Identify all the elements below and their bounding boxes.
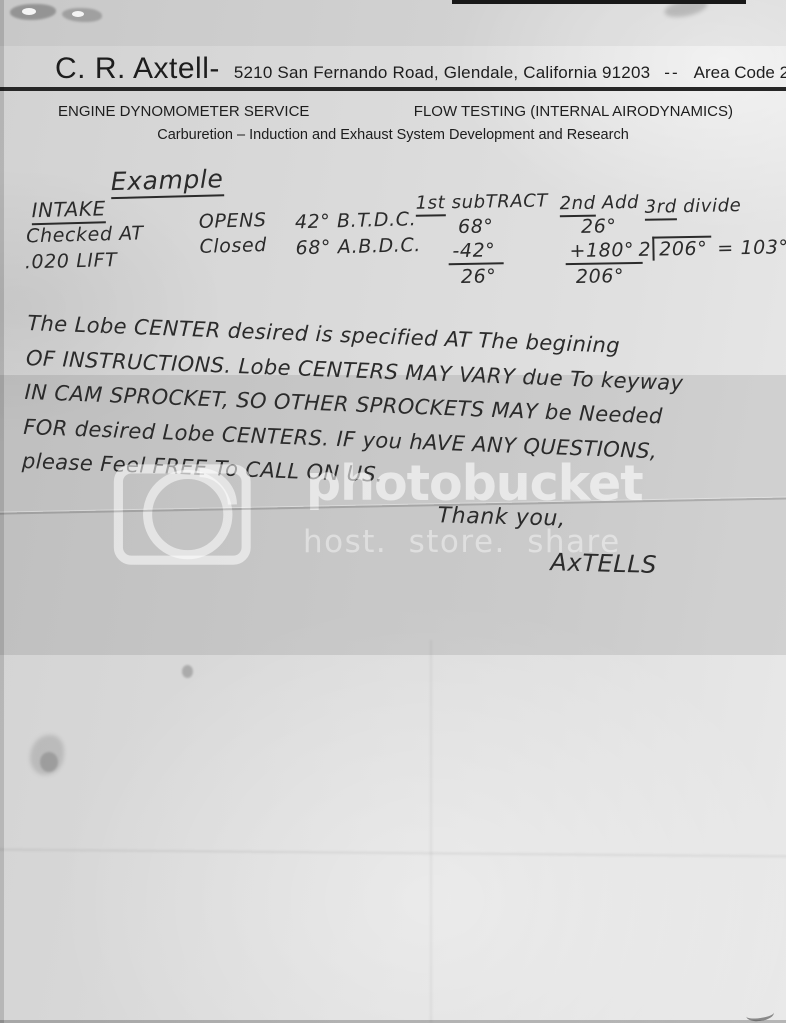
step3-op: divide <box>683 195 742 217</box>
handwritten-paragraph: The Lobe CENTER desired is specified AT … <box>21 306 685 504</box>
step1-row2: -42° <box>448 239 503 265</box>
corner-curl-mark <box>745 1006 775 1023</box>
ink-stain <box>40 752 58 772</box>
step1-row1: 68° <box>458 215 494 238</box>
handwritten-math-block: 1st subTRACT 68° -42° 26° 2nd Add 26° +1… <box>0 0 786 300</box>
thank-you-text: Thank you, <box>437 503 566 531</box>
fold-crease <box>0 848 786 857</box>
step3-number: 3rd <box>645 196 678 221</box>
ink-stain <box>30 735 64 775</box>
ink-stain <box>182 665 193 678</box>
step2-op: Add <box>602 192 639 214</box>
step2-header: 2nd Add <box>559 192 639 214</box>
step2-number: 2nd <box>559 193 596 218</box>
scanned-letter-page: C. R. Axtell- 5210 San Fernando Road, Gl… <box>0 0 786 1023</box>
signature: AxTELLS <box>550 548 657 579</box>
fold-crease <box>430 640 432 1023</box>
step2-result: 206° <box>576 265 625 288</box>
step2-row1: 26° <box>581 215 617 238</box>
step1-result: 26° <box>461 265 497 288</box>
step1-number: 1st <box>415 192 445 217</box>
step1-op: subTRACT <box>451 190 548 213</box>
division-expression: 2206°= 103° <box>638 236 786 261</box>
division-result: = 103° <box>717 236 786 259</box>
division-divisor: 2 <box>638 239 651 261</box>
division-dividend: 206° <box>652 236 712 261</box>
step2-row2: +180° <box>565 239 642 265</box>
closing-block: Thank you, AxTELLS <box>427 503 730 611</box>
step3-header: 3rd divide <box>645 195 742 218</box>
step1-header: 1st subTRACT <box>415 190 548 213</box>
